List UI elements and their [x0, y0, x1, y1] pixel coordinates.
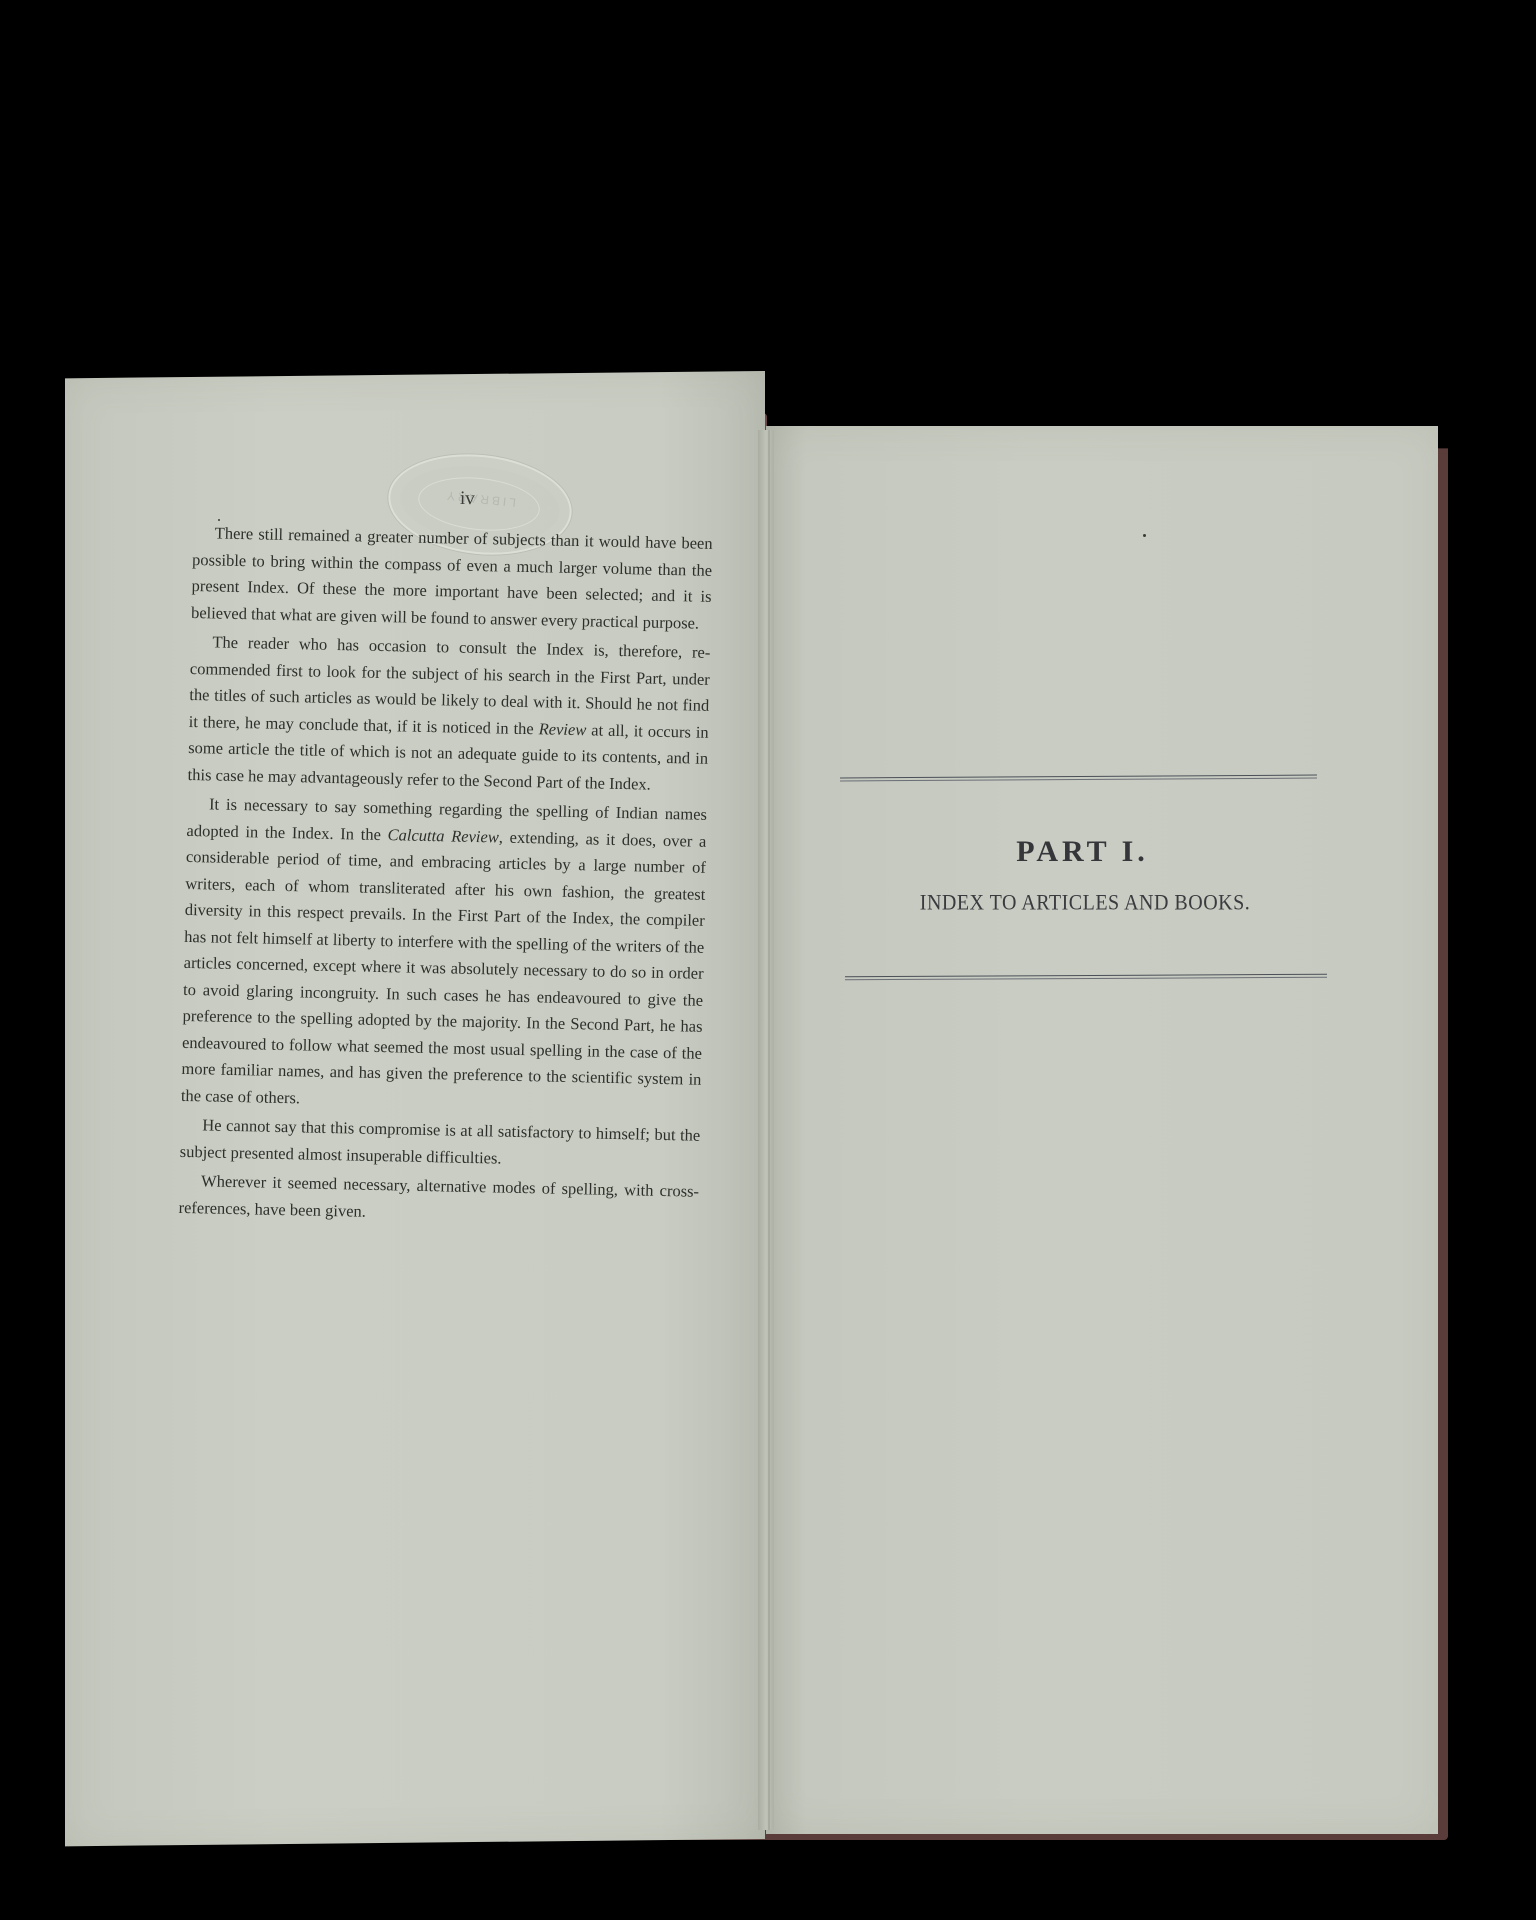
paragraph-3-text-b: , extending, as it does, over a consider… [181, 827, 707, 1107]
paragraph-5: Wherever it seemed necessary, alternativ… [178, 1168, 699, 1232]
ink-speck [218, 519, 220, 521]
part-subtitle: INDEX TO ARTICLES AND BOOKS. [840, 891, 1330, 917]
paragraph-3: It is necessary to say something regardi… [181, 791, 708, 1120]
paragraph-4: He cannot say that this compromise is at… [179, 1112, 700, 1176]
book-gutter [758, 430, 774, 1830]
paragraph-2-italic-review: Review [538, 719, 586, 739]
right-page [766, 426, 1438, 1834]
paragraph-3-italic-calcutta-review: Calcutta Review [387, 825, 499, 846]
preface-text-block: There still remained a greater number of… [178, 520, 713, 1235]
ink-speck [1143, 534, 1146, 537]
gutter-crease [768, 430, 770, 1830]
paragraph-1: There still remained a greater number of… [191, 520, 713, 637]
page-number: iv [460, 488, 475, 510]
part-title: PART I. [840, 835, 1325, 869]
paragraph-2: The reader who has occasion to consult t… [187, 629, 710, 799]
